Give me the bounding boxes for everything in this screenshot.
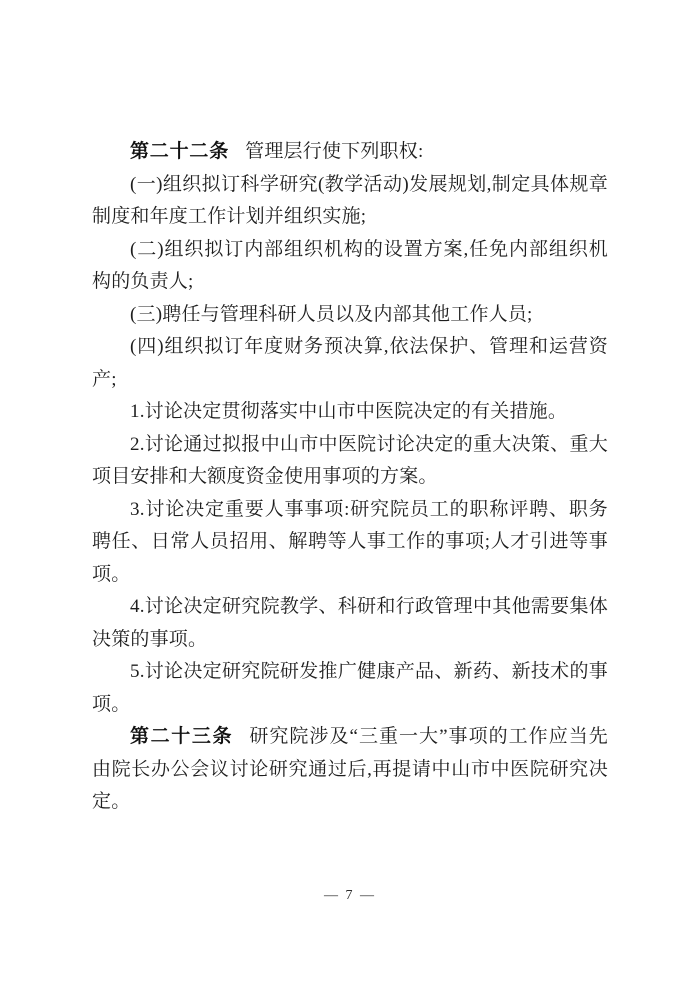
page-footer: — 7 — <box>0 887 700 905</box>
article-23-paragraph: 第二十三条研究院涉及“三重一大”事项的工作应当先由院长办公会议讨论研究通过后,再… <box>92 721 608 819</box>
article-22-number: 第二十二条 <box>130 141 229 162</box>
clause-2-paragraph: (二)组织拟订内部组织机构的设置方案,任免内部组织机构的负责人; <box>92 234 608 299</box>
item-4-paragraph: 4.讨论决定研究院教学、科研和行政管理中其他需要集体决策的事项。 <box>92 591 608 656</box>
article-23-number: 第二十三条 <box>130 726 233 747</box>
item-5-paragraph: 5.讨论决定研究院研发推广健康产品、新药、新技术的事项。 <box>92 656 608 721</box>
article-22-heading: 第二十二条管理层行使下列职权: <box>92 136 608 169</box>
item-3-paragraph: 3.讨论决定重要人事事项:研究院员工的职称评聘、职务聘任、日常人员招用、解聘等人… <box>92 494 608 592</box>
document-page: { "document": { "paragraphs": [ { "term"… <box>0 0 700 989</box>
page-number: — 7 — <box>324 888 376 903</box>
document-body: 第二十二条管理层行使下列职权: (一)组织拟订科学研究(教学活动)发展规划,制定… <box>92 136 608 819</box>
clause-3-paragraph: (三)聘任与管理科研人员以及内部其他工作人员; <box>92 299 608 332</box>
clause-1-paragraph: (一)组织拟订科学研究(教学活动)发展规划,制定具体规章制度和年度工作计划并组织… <box>92 169 608 234</box>
item-1-paragraph: 1.讨论决定贯彻落实中山市中医院决定的有关措施。 <box>92 396 608 429</box>
clause-4-paragraph: (四)组织拟订年度财务预决算,依法保护、管理和运营资产; <box>92 331 608 396</box>
item-2-paragraph: 2.讨论通过拟报中山市中医院讨论决定的重大决策、重大项目安排和大额度资金使用事项… <box>92 429 608 494</box>
article-22-heading-text: 管理层行使下列职权: <box>245 141 423 162</box>
page-background: 第二十二条管理层行使下列职权: (一)组织拟订科学研究(教学活动)发展规划,制定… <box>0 0 700 989</box>
